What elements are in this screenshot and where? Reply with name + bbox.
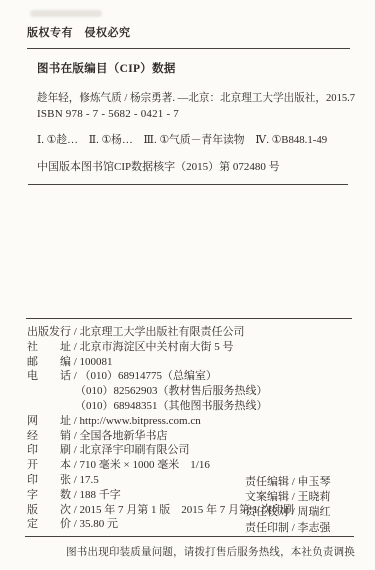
cip-title-line: 趁年轻，修炼气质 / 杨宗勇著. —北京：北京理工大学出版社，2015.7 [37,90,360,105]
quality-note: 图书出现印装质量问题，请拨打售后服务热线，本社负责调换 [0,544,355,559]
colophon-row-website: 网 址 / http://www.bitpress.com.cn [27,414,375,429]
colophon-row-address: 社 址 / 北京市海淀区中关村南大街 5 号 [27,340,375,355]
editors-column: 责任编辑 / 申玉琴 文案编辑 / 王晓莉 责任校对 / 周瑞红 责任印制 / … [245,475,331,536]
cip-section: 图书在版编目（CIP）数据 趁年轻，修炼气质 / 杨宗勇著. —北京：北京理工大… [37,60,360,174]
divider-bottom [25,536,354,537]
divider-top [27,48,350,49]
copyright-page: 版权专有 侵权必究 图书在版编目（CIP）数据 趁年轻，修炼气质 / 杨宗勇著.… [0,0,375,570]
editor-row-copy-editor: 文案编辑 / 王晓莉 [245,490,331,505]
editor-row-print-supervisor: 责任印制 / 李志强 [245,521,331,536]
editor-row-responsible-editor: 责任编辑 / 申玉琴 [245,475,331,490]
cip-classification-line: Ⅰ. ①趁… Ⅱ. ①杨… Ⅲ. ①气质－青年读物 Ⅳ. ①B848.1-49 [37,132,360,147]
divider-colophon-top [26,318,352,319]
colophon-row-distribution: 经 销 / 全国各地新华书店 [27,429,375,444]
colophon-row-printer: 印 刷 / 北京泽宇印刷有限公司 [27,443,375,458]
cip-record-line: 中国版本图书馆CIP数据核字（2015）第 072480 号 [37,158,360,174]
copyright-notice: 版权专有 侵权必究 [27,0,375,40]
colophon-row-format: 开 本 / 710 毫米 × 1000 毫米 1/16 [27,458,375,473]
cip-heading: 图书在版编目（CIP）数据 [37,60,360,76]
colophon-row-phone-2: （010）82562903（教材售后服务热线） [27,384,375,399]
colophon-row-publisher: 出版发行 / 北京理工大学出版社有限责任公司 [27,325,375,340]
colophon-section: 出版发行 / 北京理工大学出版社有限责任公司 社 址 / 北京市海淀区中关村南大… [27,325,375,532]
colophon-row-phone: 电 话 / （010）68914775（总编室） [27,369,375,384]
colophon-row-phone-3: （010）68948351（其他图书服务热线） [27,399,375,414]
cip-isbn-line: ISBN 978 - 7 - 5682 - 0421 - 7 [37,108,360,120]
colophon-row-postcode: 邮 编 / 100081 [27,355,375,370]
divider-cip-bottom [28,184,348,185]
editor-row-proofreader: 责任校对 / 周瑞红 [245,505,331,520]
scan-smudge [30,10,102,17]
